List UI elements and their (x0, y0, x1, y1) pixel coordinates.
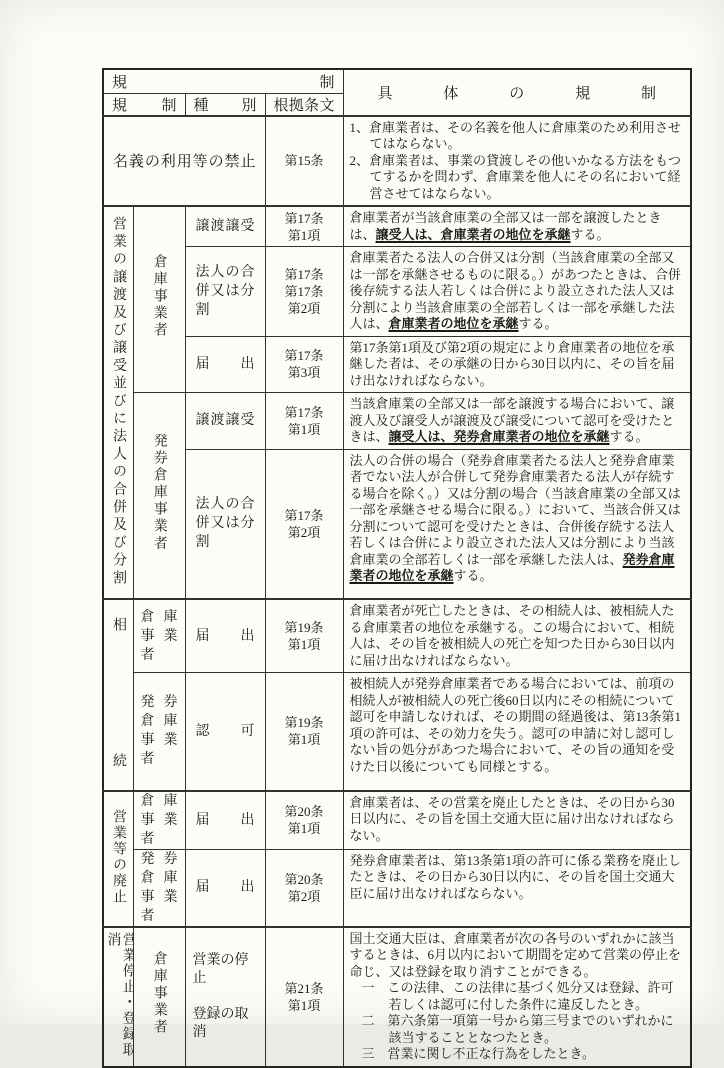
section-label-souzoku: 相続 (103, 599, 133, 791)
basis-jouto-soko: 第17条 第1項 (265, 206, 343, 247)
type-gappei-hakken: 法人の合 併又は分 割 (185, 449, 265, 599)
basis-jouto-hakken: 第17条 第1項 (265, 393, 343, 450)
regulation-table: 規 制 具 体 の 規 制 規 制 種 別 根拠条文 名義の利用等の禁止 第15… (102, 68, 692, 1068)
content-todokede-souzoku: 倉庫業者が死亡したときは、その相続人は、被相続人たる倉庫業者の地位を承継する。こ… (343, 599, 691, 673)
operator-soko-souzoku: 倉庫 事業者 (133, 599, 185, 673)
section-label-teishi: 営業停止・登録取消 (103, 927, 133, 1067)
content-haishi-soko: 倉庫業者は、その営業を廃止したときは、その日から30日以内に、その旨を国土交通大… (343, 791, 691, 850)
operator-hakken-transfer: 発券倉庫事業者 (133, 393, 185, 600)
section-label-teishi-text: 営業停止・登録取消 (105, 932, 133, 1056)
basis-todokede-souzoku: 第19条 第1項 (265, 599, 343, 673)
type-teishi: 営業の停止 登録の取消 (185, 927, 265, 1067)
type-todokede-haishi-soko: 届出 (185, 791, 265, 850)
section-label-haishi-text: 営業等の廃止 (111, 809, 126, 903)
operator-hakken-haishi: 発券 倉庫 事業者 (133, 849, 185, 927)
type-todokede-soko: 届出 (185, 336, 265, 393)
header-regulation: 規 制 (103, 69, 343, 93)
type-gappei-soko: 法人の合 併又は分 割 (185, 247, 265, 337)
content-ninka-souzoku: 被相続人が発券倉庫業者である場合においては、前項の相続人が被相続人の死亡後60日… (343, 673, 691, 791)
basis-todokede-haishi-hakken: 第20条 第2項 (265, 849, 343, 927)
basis-gappei-hakken: 第17条 第2項 (265, 449, 343, 599)
header-sub-regulation: 規 制 (103, 93, 185, 116)
operator-soko-transfer-text: 倉庫事業者 (151, 254, 166, 339)
content-teishi: 国土交通大臣は、倉庫業者が次の各号のいずれかに該当するときは、6月以内において期… (343, 927, 691, 1067)
section-label-haishi: 営業等の廃止 (103, 791, 133, 927)
content-jouto-soko: 倉庫業者が当該倉庫業の全部又は一部を譲渡したときは、譲受人は、倉庫業者の地位を承… (343, 206, 691, 247)
section-label-transfer: 営業の譲渡及び譲受並びに法人の合併及び分割 (103, 206, 133, 599)
operator-soko-transfer: 倉庫事業者 (133, 206, 185, 393)
content-gappei-soko: 倉庫業者たる法人の合併又は分割（当該倉庫業の全部又は一部を承継させるものに限る。… (343, 247, 691, 337)
content-haishi-hakken: 発券倉庫業者は、第13条第1項の許可に係る業務を廃止したときは、その日から30日… (343, 849, 691, 927)
header-specific-regulation: 具 体 の 規 制 (343, 69, 691, 116)
content-meigi: 1、倉庫業者は、その名義を他人に倉庫業のため利用させてはならない。2、倉庫業者は… (343, 116, 691, 207)
basis-gappei-soko: 第17条 第17条 第2項 (265, 247, 343, 337)
operator-hakken-souzoku: 発券 倉庫 事業者 (133, 673, 185, 791)
basis-todokede-soko: 第17条 第3項 (265, 336, 343, 393)
content-jouto-hakken: 当該倉庫業の全部又は一部を譲渡する場合において、譲渡人及び譲受人が譲渡及び譲受に… (343, 393, 691, 450)
header-sub-type: 種 別 (185, 93, 265, 116)
basis-teishi: 第21条 第1項 (265, 927, 343, 1067)
type-jouto-soko: 譲渡譲受 (185, 206, 265, 247)
operator-hakken-transfer-text: 発券倉庫事業者 (151, 433, 166, 553)
section-label-souzoku-text: 相続 (111, 617, 126, 767)
operator-soko-haishi: 倉庫 事業者 (133, 791, 185, 850)
basis-todokede-haishi-soko: 第20条 第1項 (265, 791, 343, 850)
content-todokede-soko: 第17条第1項及び第2項の規定により倉庫業者の地位を承継した者は、その承継の日か… (343, 336, 691, 393)
document-sheet: 規 制 具 体 の 規 制 規 制 種 別 根拠条文 名義の利用等の禁止 第15… (0, 0, 724, 1024)
type-ninka-souzoku: 認可 (185, 673, 265, 791)
section-label-transfer-text: 営業の譲渡及び譲受並びに法人の合併及び分割 (111, 216, 126, 584)
type-jouto-hakken: 譲渡譲受 (185, 393, 265, 450)
operator-soko-teishi: 倉庫事業者 (133, 927, 185, 1067)
operator-soko-teishi-text: 倉庫事業者 (151, 951, 166, 1036)
basis-meigi: 第15条 (265, 116, 343, 207)
header-sub-basis: 根拠条文 (265, 93, 343, 116)
row-label-meigi: 名義の利用等の禁止 (103, 116, 265, 207)
content-gappei-hakken: 法人の合併の場合（発券倉庫業者たる法人と発券倉庫業者でない法人が合併して発券倉庫… (343, 449, 691, 599)
type-todokede-haishi-hakken: 届出 (185, 849, 265, 927)
type-todokede-souzoku: 届出 (185, 599, 265, 673)
basis-ninka-souzoku: 第19条 第1項 (265, 673, 343, 791)
